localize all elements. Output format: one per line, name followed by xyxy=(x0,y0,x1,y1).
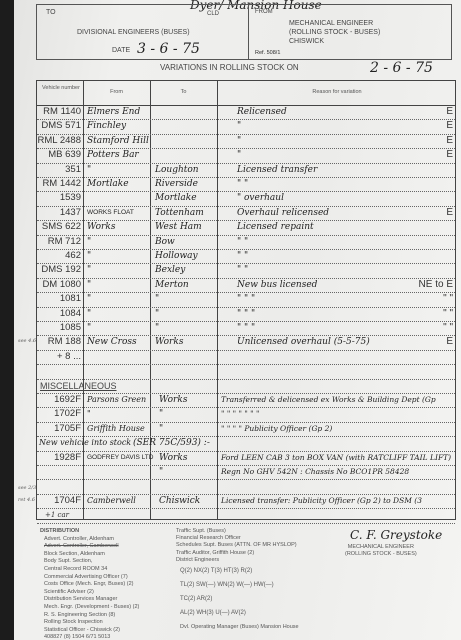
vehicle-number: 1539 xyxy=(37,192,81,204)
to-value: DIVISIONAL ENGINEERS (BUSES) xyxy=(77,29,190,36)
header-box: TO DIVISIONAL ENGINEERS (BUSES) DATE 3 -… xyxy=(36,4,452,60)
vehicle-number: 1928F xyxy=(37,452,81,464)
to-location: " xyxy=(155,322,159,334)
margin-note: see 4.6 xyxy=(18,338,36,344)
distribution-item: Traffic Auditor, Griffith House (2) xyxy=(176,550,297,557)
from-location: Potters Bar xyxy=(87,149,139,161)
vehicle-number: DM 1080 xyxy=(37,279,81,291)
from-location: Griffith House xyxy=(87,423,145,435)
district-codes-row: AL(2) WH(3) U(—) AV(2) xyxy=(180,610,246,616)
to-location: Bow xyxy=(155,236,175,248)
vehicle-number: DMS 571 xyxy=(37,120,81,132)
from-location: Finchley xyxy=(87,120,126,132)
from-lines: MECHANICAL ENGINEER (ROLLING STOCK - BUS… xyxy=(289,19,380,46)
variations-table: Vehicle number From To Reason for variat… xyxy=(36,80,456,520)
to-location: (SER 75C/593) :- xyxy=(133,437,210,449)
distribution-item: Advert. Controller, Aldenham xyxy=(40,536,139,544)
status-flag: E xyxy=(409,120,453,132)
title-date: 2 - 6 - 75 xyxy=(370,60,433,76)
reason-for-variation: Relicensed xyxy=(237,106,287,118)
to-location: Mortlake xyxy=(155,192,197,204)
date-label: DATE xyxy=(112,47,130,54)
from-location: WORKS FLOAT xyxy=(87,207,134,219)
to-location: " xyxy=(159,423,163,435)
reason-for-variation: " " " xyxy=(237,293,255,305)
header-from-section: FROM MECHANICAL ENGINEER (ROLLING STOCK … xyxy=(249,5,451,59)
distribution-footer: Dvl. Operating Manager (Buses) Mansion H… xyxy=(180,624,299,630)
reason-for-variation: Licensed transfer xyxy=(237,164,317,176)
status-flag: E xyxy=(409,207,453,219)
from-location: Parsons Green xyxy=(87,394,146,406)
status-flag: " " xyxy=(409,293,453,305)
to-location: Merton xyxy=(155,279,189,291)
status-flag: NE to E xyxy=(409,279,453,291)
to-location: West Ham xyxy=(155,221,202,233)
reason-for-variation: " xyxy=(237,149,241,161)
from-location: " xyxy=(87,308,91,320)
distribution-item: Rolling Stock Inspection xyxy=(40,619,139,627)
from-location: " xyxy=(87,279,91,291)
column-divider xyxy=(83,81,84,519)
column-header-from: From xyxy=(83,89,150,95)
page-title: VARIATIONS IN ROLLING STOCK ON xyxy=(160,63,299,72)
misc-heading: MISCELLANEOUS xyxy=(40,380,117,392)
status-flag: E xyxy=(409,336,453,348)
distribution-item: Commercial Advertising Officer (7) xyxy=(40,574,139,582)
signature-title-line: MECHANICAL ENGINEER xyxy=(345,544,417,551)
from-location: Stamford Hill xyxy=(87,135,149,147)
to-location: Works xyxy=(159,452,187,464)
column-header-vehicle: Vehicle number xyxy=(39,85,83,91)
vehicle-number: 1702F xyxy=(37,408,81,420)
reason-for-variation: " overhaul xyxy=(237,192,284,204)
vehicle-number: RM 712 xyxy=(37,236,81,248)
vehicle-number: RM 188 xyxy=(37,336,81,348)
district-codes-row: Q(2) NX(2) T(3) HT(3) R(2) xyxy=(180,568,252,574)
from-label: FROM xyxy=(255,9,273,15)
distribution-item: Costs Office (Mech. Engr, Buses) (2) xyxy=(40,581,139,589)
row-divider xyxy=(37,479,455,480)
from-location: Camberwell xyxy=(87,495,136,507)
from-location: " xyxy=(87,164,91,176)
vehicle-number: 1692F xyxy=(37,394,81,406)
reason-for-variation: New bus licensed xyxy=(237,279,317,291)
status-flag: " " xyxy=(409,322,453,334)
vehicle-number: 1081 xyxy=(37,293,81,305)
distribution-item: Advert. Controller, Camberwell xyxy=(40,543,139,551)
from-location: Works xyxy=(87,221,115,233)
to-location: Tottenham xyxy=(155,207,204,219)
distribution-left: Advert. Controller, AldenhamAdvert. Cont… xyxy=(40,536,139,640)
status-flag: E xyxy=(409,135,453,147)
cld-note: CLD xyxy=(207,11,219,17)
reason-for-variation: " " xyxy=(237,264,248,276)
from-location: New Cross xyxy=(87,336,137,348)
from-location: Mortlake xyxy=(87,178,129,190)
distribution-list: DISTRIBUTION Advert. Controller, Aldenha… xyxy=(40,528,139,640)
vehicle-number: DMS 192 xyxy=(37,264,81,276)
margin-note: see 2/3 xyxy=(18,485,36,491)
to-location: " xyxy=(155,308,159,320)
reason-for-variation: Ford LEEN CAB 3 ton BOX VAN (with RATCLI… xyxy=(221,452,451,464)
vehicle-number: RM 1442 xyxy=(37,178,81,190)
header-to-section: TO DIVISIONAL ENGINEERS (BUSES) DATE 3 -… xyxy=(37,5,249,59)
reason-for-variation: Licensed repaint xyxy=(237,221,314,233)
reason-for-variation: " xyxy=(237,135,241,147)
distribution-item: Financial Research Officer xyxy=(176,535,297,542)
distribution-item: Distribution Services Manager xyxy=(40,596,139,604)
district-codes-row: TC(2) AR(2) xyxy=(180,596,212,602)
misc-note: New vehicle into stock xyxy=(39,437,131,449)
from-location: " xyxy=(87,250,91,262)
signature-title-line: (ROLLING STOCK - BUSES) xyxy=(345,551,417,558)
reference-number: Ref. 508/1 xyxy=(255,50,280,56)
reason-for-variation: Overhaul relicensed xyxy=(237,207,329,219)
margin-note: ret 4.6 xyxy=(18,497,35,503)
date-value: 3 - 6 - 75 xyxy=(137,41,200,57)
vehicle-number: +1 car xyxy=(45,509,89,521)
from-location: " xyxy=(87,236,91,248)
vehicle-number: 462 xyxy=(37,250,81,262)
status-flag: " " xyxy=(409,308,453,320)
from-line: MECHANICAL ENGINEER xyxy=(289,19,380,28)
distribution-item: Body Supt. Section, xyxy=(40,558,139,566)
to-location: Works xyxy=(159,394,187,406)
distribution-item: Traffic Supt. (Buses) xyxy=(176,528,297,535)
district-codes-row: TL(2) SW(—) WN(2) W(—) HW(—) xyxy=(180,582,274,588)
to-location: Works xyxy=(155,336,183,348)
to-location: Holloway xyxy=(155,250,198,262)
vehicle-number: RM 1140 xyxy=(37,106,81,118)
vehicle-number: 1705F xyxy=(37,423,81,435)
reason-for-variation: Transferred & delicensed ex Works & Buil… xyxy=(221,394,436,406)
distribution-item: R. S. Engineering Section (8) xyxy=(40,612,139,620)
reason-for-variation: " " xyxy=(237,178,248,190)
from-location: " xyxy=(87,408,91,420)
distribution-heading: DISTRIBUTION xyxy=(40,528,139,536)
row-divider xyxy=(37,523,455,524)
vehicle-number: 1704F xyxy=(37,495,81,507)
row-divider xyxy=(37,364,455,365)
to-location: " xyxy=(159,408,163,420)
from-location: " xyxy=(87,322,91,334)
vehicle-number: 351 xyxy=(37,164,81,176)
to-location: " xyxy=(155,293,159,305)
distribution-item: District Engineers xyxy=(176,557,297,564)
reason-for-variation: Regn No GHV 542N : Chassis No BCO1PR 584… xyxy=(221,466,409,478)
status-flag: E xyxy=(409,149,453,161)
reason-for-variation: " " " xyxy=(237,308,255,320)
to-label: TO xyxy=(46,9,56,16)
reason-for-variation: " " xyxy=(237,250,248,262)
vehicle-number: + 8 ... xyxy=(37,351,81,363)
row-divider xyxy=(37,350,455,351)
reason-for-variation: Unlicensed overhaul (5-5-75) xyxy=(237,336,370,348)
reason-for-variation: " " " " " " " xyxy=(221,408,259,420)
signature: C. F. Greystoke xyxy=(350,528,442,542)
distribution-item: 408827 (8) 1504 6/71 5013 xyxy=(40,634,139,640)
signature-title: MECHANICAL ENGINEER (ROLLING STOCK - BUS… xyxy=(345,544,417,558)
reason-for-variation: " xyxy=(237,120,241,132)
column-divider xyxy=(217,81,218,519)
distribution-item: Schedules Supt. Buses (ATTN. OF MR HYSLO… xyxy=(176,542,297,549)
from-line: (ROLLING STOCK - BUSES) xyxy=(289,28,380,37)
reason-for-variation: " " " " Publicity Officer (Gp 2) xyxy=(221,423,332,435)
row-divider xyxy=(37,508,455,509)
vehicle-number: RML 2488 xyxy=(37,135,81,147)
distribution-item: Statistical Officer - Chiswick (2) xyxy=(40,627,139,635)
distribution-item: Block Section, Aldenham xyxy=(40,551,139,559)
distribution-item: Scientific Adviser (2) xyxy=(40,589,139,597)
distribution-right: Traffic Supt. (Buses)Financial Research … xyxy=(176,528,297,564)
from-location: Elmers End xyxy=(87,106,140,118)
vehicle-number: 1085 xyxy=(37,322,81,334)
vehicle-number: 1084 xyxy=(37,308,81,320)
to-location: Bexley xyxy=(155,264,185,276)
column-header-reason: Reason for variation xyxy=(217,89,457,95)
distribution-item: Central Record ROOM 34 xyxy=(40,566,139,574)
to-location: Riverside xyxy=(155,178,198,190)
vehicle-number: SMS 622 xyxy=(37,221,81,233)
reason-for-variation: Licensed transfer: Publicity Officer (Gp… xyxy=(221,495,422,507)
reason-for-variation: " " xyxy=(237,236,248,248)
from-line: CHISWICK xyxy=(289,37,380,46)
from-location: " xyxy=(87,293,91,305)
vehicle-number: 1437 xyxy=(37,207,81,219)
to-location: Chiswick xyxy=(159,495,200,507)
from-location: GODFREY DAVIS LTD xyxy=(87,452,153,464)
status-flag: E xyxy=(409,106,453,118)
to-location: Loughton xyxy=(155,164,199,176)
distribution-item: Mech. Engr. (Development - Buses) (2) xyxy=(40,604,139,612)
reason-for-variation: " " " xyxy=(237,322,255,334)
from-location: " xyxy=(87,264,91,276)
column-header-to: To xyxy=(150,89,217,95)
vehicle-number: MB 639 xyxy=(37,149,81,161)
to-location: " xyxy=(159,466,163,478)
